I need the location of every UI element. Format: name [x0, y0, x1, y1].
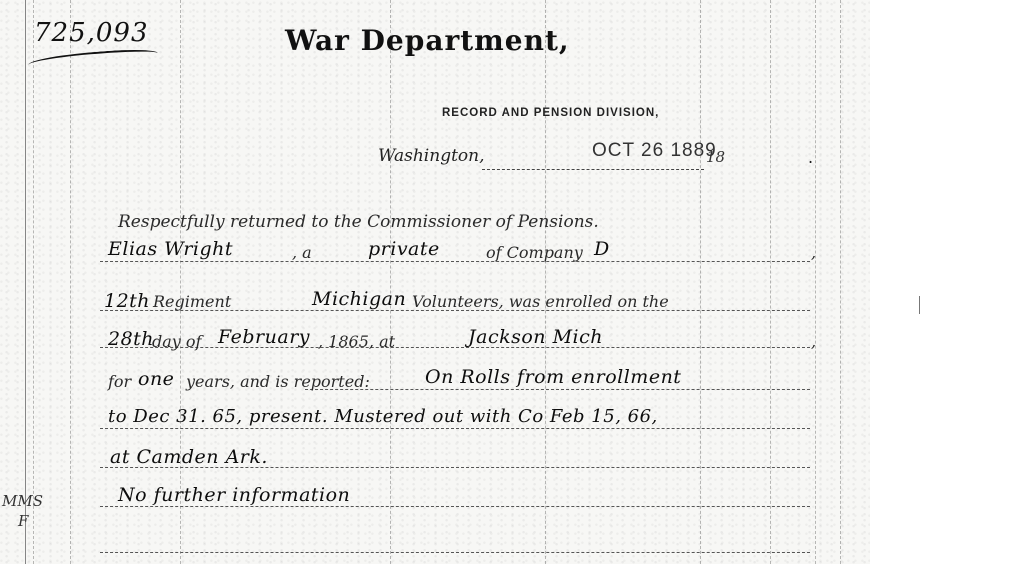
form-rule: [100, 506, 810, 507]
state-value: Michigan: [312, 288, 406, 310]
rank-value: private: [368, 238, 440, 260]
company-value: D: [594, 238, 610, 260]
for-label: for: [108, 372, 131, 391]
report-line-1: On Rolls from enrollment: [425, 366, 681, 388]
soldier-name: Elias Wright: [108, 238, 233, 260]
margin-rule: [25, 0, 26, 564]
fold-line: [700, 0, 701, 564]
regiment-number: 12th: [104, 290, 150, 312]
company-label: of Company: [486, 243, 583, 262]
company-end: ,: [811, 243, 816, 262]
scan-mark: [919, 296, 920, 314]
volunteers-label: Volunteers, was enrolled on the: [412, 292, 669, 311]
form-rule: [100, 552, 810, 553]
intro-text: Respectfully returned to the Commissione…: [118, 212, 599, 232]
year-label: , 1865, at: [318, 332, 395, 351]
fold-line: [770, 0, 771, 564]
date-rule: [482, 169, 704, 170]
margin-rule: [70, 0, 71, 564]
form-rule: [100, 261, 810, 262]
form-rule: [100, 347, 810, 348]
term-label: years, and is reported:: [186, 372, 370, 391]
day-value: 28th: [108, 328, 154, 350]
fold-line: [180, 0, 181, 564]
date-stamp: OCT 26 1889: [592, 140, 717, 162]
fold-line: [815, 0, 816, 564]
dateline-period: .: [808, 148, 813, 167]
report-line-3: at Camden Ark.: [110, 446, 268, 468]
a-label: , a: [292, 243, 312, 262]
report-line-2: to Dec 31. 65, present. Mustered out wit…: [108, 406, 658, 427]
fold-line: [390, 0, 391, 564]
form-rule: [100, 428, 810, 429]
division-subtitle: RECORD AND PENSION DIVISION,: [442, 107, 659, 119]
fold-line: [840, 0, 841, 564]
margin-initials: MMS: [2, 492, 43, 510]
document-page: [0, 0, 870, 564]
month-value: February: [218, 326, 310, 348]
enrollment-place: Jackson Mich: [468, 326, 603, 348]
report-line-4: No further information: [118, 484, 350, 506]
place-end: ,: [811, 332, 816, 351]
year-prefix: 18: [706, 148, 725, 166]
file-number: 725,093: [34, 18, 149, 48]
place-label: Washington,: [378, 146, 485, 166]
margin-letter: F: [18, 512, 28, 530]
regiment-label: Regiment: [153, 292, 231, 311]
term-value: one: [138, 368, 174, 390]
department-title: War Department,: [285, 24, 570, 57]
form-rule: [305, 389, 810, 390]
margin-rule: [33, 0, 34, 564]
fold-line: [545, 0, 546, 564]
day-label: day of: [152, 332, 201, 351]
